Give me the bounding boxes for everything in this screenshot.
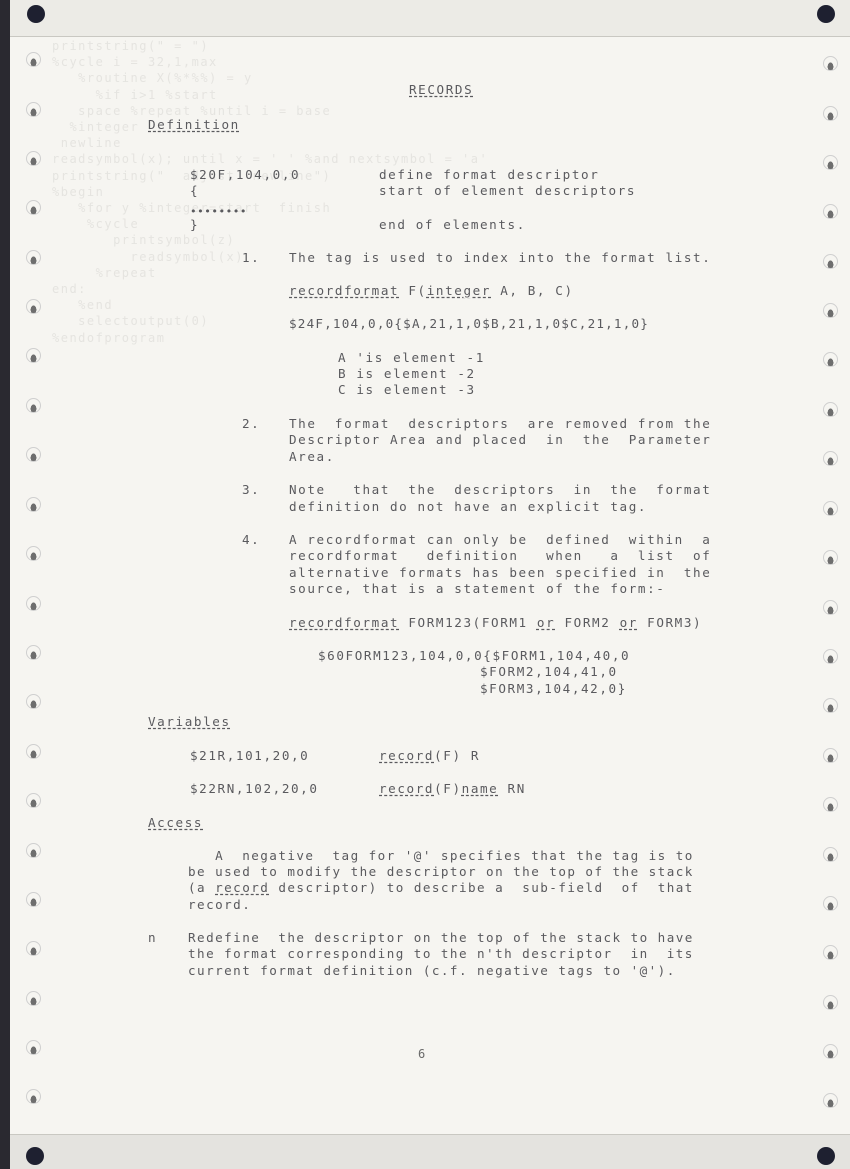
page-title: RECORDS — [409, 82, 473, 99]
access-n-line: Redefine the descriptor on the top of th… — [188, 930, 694, 947]
note-line: alternative formats has been specified i… — [289, 565, 711, 582]
keyword: or — [620, 615, 638, 630]
access-n-line: current format definition (c.f. negative… — [188, 963, 676, 980]
sprocket-hole-icon — [823, 748, 838, 763]
keyword: recordformat — [289, 615, 399, 630]
element-line: B is element -2 — [338, 366, 476, 383]
descriptor-code: $60FORM123,104,0,0{$FORM1,104,40,0 — [318, 648, 630, 665]
note-number: 4. — [242, 532, 260, 549]
sprocket-hole-icon — [26, 843, 41, 858]
sprocket-hole-icon — [823, 402, 838, 417]
sprocket-hole-icon — [823, 451, 838, 466]
sprocket-hole-icon — [823, 1093, 838, 1108]
binder-hole-icon — [817, 1147, 835, 1165]
sprocket-hole-icon — [26, 694, 41, 709]
element-line: A 'is element -1 — [338, 350, 485, 367]
access-paragraph-line: A negative tag for '@' specifies that th… — [188, 848, 694, 865]
note-line: Note that the descriptors in the format — [289, 482, 711, 499]
sprocket-hole-icon — [823, 1044, 838, 1059]
sprocket-hole-icon — [823, 204, 838, 219]
access-paragraph-line: be used to modify the descriptor on the … — [188, 864, 694, 881]
variable-decl: record(F)name RN — [379, 781, 526, 798]
sprocket-hole-icon — [823, 501, 838, 516]
descriptor-code: $24F,104,0,0{$A,21,1,0$B,21,1,0$C,21,1,0… — [289, 316, 649, 333]
element-line: C is element -3 — [338, 382, 476, 399]
sprocket-hole-icon — [823, 155, 838, 170]
sprocket-hole-icon — [26, 200, 41, 215]
binder-hole-icon — [27, 5, 45, 23]
access-n-line: the format corresponding to the n'th des… — [188, 946, 694, 963]
definition-desc: start of element descriptors — [379, 183, 636, 200]
section-heading-definition: Definition — [148, 117, 240, 134]
perforated-top-edge — [10, 0, 850, 37]
code-example: recordformat F(integer A, B, C) — [289, 283, 574, 300]
note-text: The tag is used to index into the format… — [289, 250, 711, 267]
sprocket-hole-icon — [26, 546, 41, 561]
perforated-bottom-edge — [10, 1134, 850, 1169]
section-heading-variables: Variables — [148, 714, 231, 731]
descriptor-code: $FORM2,104,41,0 — [480, 664, 618, 681]
sprocket-hole-icon — [26, 645, 41, 660]
sprocket-hole-icon — [26, 250, 41, 265]
definition-code: { — [190, 183, 199, 200]
keyword: record — [379, 748, 434, 763]
note-line: Descriptor Area and placed in the Parame… — [289, 432, 711, 449]
descriptor-code: $FORM3,104,42,0} — [480, 681, 627, 698]
sprocket-hole-icon — [26, 348, 41, 363]
sprocket-hole-icon — [823, 945, 838, 960]
sprocket-hole-icon — [26, 497, 41, 512]
sprocket-hole-icon — [823, 649, 838, 664]
sprocket-hole-icon — [26, 596, 41, 611]
binder-hole-icon — [26, 1147, 44, 1165]
note-number: 3. — [242, 482, 260, 499]
definition-code: } — [190, 217, 199, 234]
sprocket-hole-icon — [823, 995, 838, 1010]
note-line: Area. — [289, 449, 335, 466]
binder-hole-icon — [817, 5, 835, 23]
access-paragraph-line: (a record descriptor) to describe a sub-… — [188, 880, 694, 897]
sprocket-hole-icon — [823, 106, 838, 121]
sprocket-hole-icon — [26, 151, 41, 166]
keyword: recordformat — [289, 283, 399, 298]
sprocket-hole-icon — [26, 398, 41, 413]
keyword: record — [379, 781, 434, 796]
section-heading-access: Access — [148, 815, 203, 832]
note-line: source, that is a statement of the form:… — [289, 581, 665, 598]
note-line: The format descriptors are removed from … — [289, 416, 711, 433]
definition-code: $20F,104,0,0 — [190, 167, 300, 184]
sprocket-hole-icon — [823, 797, 838, 812]
note-line: recordformat definition when a list of — [289, 548, 711, 565]
note-number: 2. — [242, 416, 260, 433]
sprocket-hole-icon — [26, 991, 41, 1006]
sprocket-hole-icon — [26, 941, 41, 956]
sprocket-hole-icon — [26, 1040, 41, 1055]
note-line: A recordformat can only be defined withi… — [289, 532, 711, 549]
code-example: recordformat FORM123(FORM1 or FORM2 or F… — [289, 615, 702, 632]
sprocket-hole-icon — [823, 303, 838, 318]
note-line: definition do not have an explicit tag. — [289, 499, 647, 516]
definition-desc: define format descriptor — [379, 167, 599, 184]
sprocket-hole-icon — [823, 254, 838, 269]
sprocket-hole-icon — [823, 550, 838, 565]
keyword: name — [462, 781, 499, 796]
definition-desc: end of elements. — [379, 217, 526, 234]
keyword: record — [215, 880, 269, 895]
sprocket-hole-icon — [823, 896, 838, 911]
sprocket-hole-icon — [26, 892, 41, 907]
page-number: 6 — [418, 1046, 427, 1063]
variable-decl: record(F) R — [379, 748, 480, 765]
sprocket-hole-icon — [26, 102, 41, 117]
sprocket-hole-icon — [823, 352, 838, 367]
keyword: integer — [427, 283, 491, 298]
sprocket-hole-icon — [26, 1089, 41, 1104]
access-paragraph-line: record. — [188, 897, 251, 914]
sprocket-hole-icon — [823, 600, 838, 615]
keyword: or — [537, 615, 555, 630]
access-n-label: n — [148, 930, 157, 947]
sprocket-hole-icon — [26, 299, 41, 314]
sprocket-hole-icon — [823, 847, 838, 862]
sprocket-hole-icon — [26, 793, 41, 808]
sprocket-hole-icon — [26, 744, 41, 759]
variable-code: $21R,101,20,0 — [190, 748, 309, 765]
variable-code: $22RN,102,20,0 — [190, 781, 319, 798]
note-number: 1. — [242, 250, 260, 267]
sprocket-hole-icon — [823, 56, 838, 71]
sprocket-hole-icon — [26, 52, 41, 67]
sprocket-hole-icon — [823, 698, 838, 713]
sprocket-hole-icon — [26, 447, 41, 462]
